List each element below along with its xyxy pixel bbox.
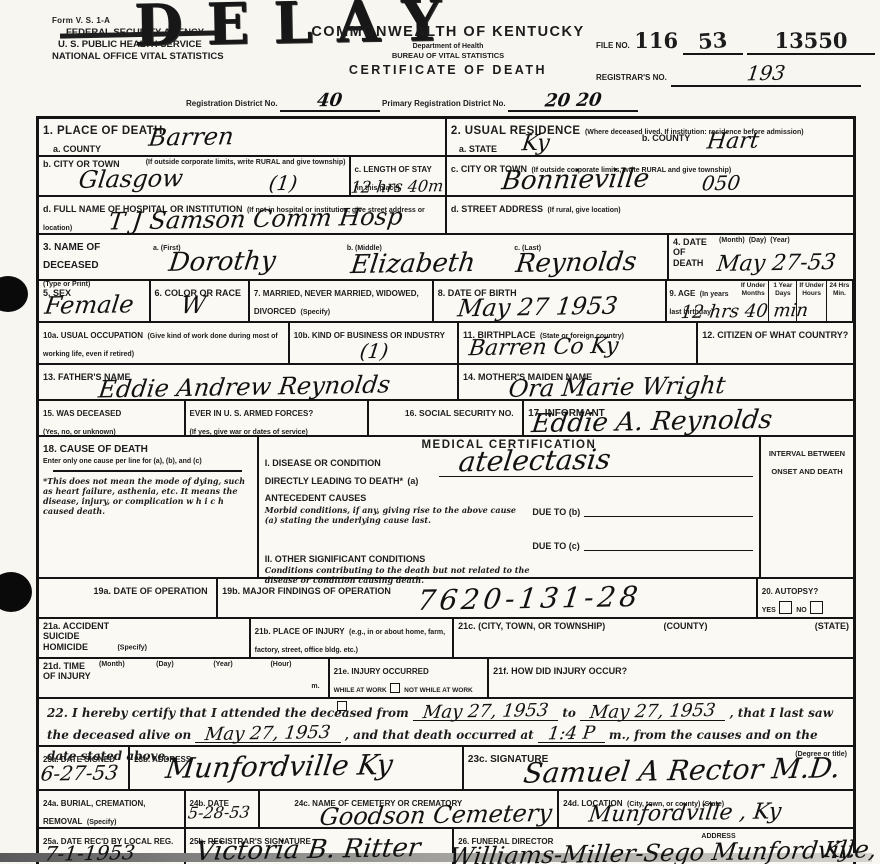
cause-title: 18. CAUSE OF DEATH [43,444,148,455]
residence-county-value: Hart [705,131,759,154]
injury-place-label: 21b. PLACE OF INJURY [255,627,345,636]
ssn-label: 16. SOCIAL SECURITY NO. [405,408,514,418]
while-at-work-label: WHILE AT WORK [334,687,387,694]
field-cemetery: 24c. NAME OF CEMETERY OR CREMATORY Goods… [260,791,559,827]
usual-residence-title: 2. USUAL RESIDENCE [451,125,581,137]
registrar-signature-value: Victoria B. Ritter [194,835,422,864]
reg-district-value: 40 [316,92,343,110]
autopsy-no-label: NO [796,607,807,614]
field-date-of-death: 4. DATE OF DEATH (Month) (Day) (Year) Ma… [669,235,853,279]
field-burial-date: 24b. DATE 5-28-53 [186,791,261,827]
race-value: W [179,293,207,317]
field-medical-certification: MEDICAL CERTIFICATION I. DISEASE OR COND… [259,437,761,577]
city-value: Glasgow [77,166,184,192]
file-number-block: FILE NO. 116 53 13550 REGISTRAR'S NO. 19… [596,30,858,87]
injury-col-hour: (Hour) [270,661,323,669]
field-street-address: d. STREET ADDRESS (If rural, give locati… [447,197,853,235]
certificate-form: 1. PLACE OF DEATH a. COUNTY Barren b. CI… [36,116,856,864]
mother-value: Ora Marie Wright [507,373,727,401]
length-of-stay-label: c. LENGTH OF STAY [354,165,431,174]
field-occupation: 10a. USUAL OCCUPATION (Give kind of work… [39,323,290,363]
registration-district-line: Registration District No. 40 Primary Reg… [186,92,638,112]
father-value: Eddie Andrew Reynolds [97,372,391,401]
field-burial: 24a. BURIAL, CREMATION, REMOVAL (Specify… [39,791,186,827]
cause-note-2: *This does not mean the mode of dying, s… [43,476,253,516]
length-of-stay-value: 12 hrs 40m [350,178,444,196]
funeral-director-overflow: Ky. [823,840,857,863]
last-name-value: Reynolds [514,249,638,277]
cause-a-value: atelectasis [457,446,612,477]
field-county-of-death: 1. PLACE OF DEATH a. COUNTY Barren [39,119,445,157]
name-middle-area: b. (Middle) Elizabeth [347,237,514,277]
primary-reg-value: 20 20 [544,92,603,111]
date-signed-value: 6-27-53 [40,762,120,783]
city-value-code: (1) [268,173,299,193]
injury-col-month: (Month) [99,661,152,669]
field-birthplace: 11. BIRTHPLACE (State or foreign country… [459,323,698,363]
hole-punch-bottom [0,572,32,612]
disease-condition-label: I. DISEASE OR CONDITION DIRECTLY LEADING… [265,453,435,489]
bureau-line: BUREAU OF VITAL STATISTICS [288,51,608,60]
field-armed-forces: EVER IN U. S. ARMED FORCES? (If yes, giv… [186,401,370,435]
file-no-hand-2: 13550 [774,28,847,53]
due-to-b-line [584,505,753,517]
hospital-value: T J Samson Comm Hosp [107,204,404,233]
accident-label: 21a. ACCIDENT SUICIDE HOMICIDE [43,621,113,652]
autopsy-yes-checkbox [779,601,792,614]
dod-value: May 27-53 [716,252,837,276]
field-certification-statement: 22. I hereby certify that I attended the… [39,699,853,745]
interval-label: INTERVAL BETWEEN ONSET AND DEATH [769,449,845,476]
death-certificate-scan: Form V. S. 1-A FEDERAL SECURITY AGENCY U… [0,0,880,864]
was-deceased-label: 15. WAS DECEASED [43,409,121,418]
dod-label: 4. DATE OF DEATH [673,237,715,268]
injury-col-day: (Day) [156,661,209,669]
name-last-area: c. (Last) Reynolds [514,237,663,277]
file-no-printed: 116 [634,28,678,53]
row-occupation: 10a. USUAL OCCUPATION (Give kind of work… [39,323,853,365]
dob-value: May 27 1953 [456,294,619,321]
accident-note: (Specify) [117,645,147,652]
residence-state-county-subrow: 2. USUAL RESIDENCE (Where deceased lived… [447,119,853,157]
field-physician-signature: 23c. SIGNATURE (Degree or title) Samuel … [464,747,853,789]
field-mother-name: 14. MOTHER'S MAIDEN NAME Ora Marie Wrigh… [459,365,853,399]
how-injury-label: 21f. HOW DID INJURY OCCUR? [493,666,627,676]
row-cause-of-death: 18. CAUSE OF DEATH Enter only one cause … [39,437,853,579]
field-burial-location: 24d. LOCATION (City, town, or county) (S… [559,791,853,827]
field-length-of-stay: c. LENGTH OF STAY (in this place) 12 hrs… [351,157,444,195]
field-sex: 5. SEX Female [39,281,151,321]
residence-city-code: 050 [701,173,742,194]
cert-alive-value: May 27, 1953 [204,724,332,744]
dod-col-year: (Year) [770,237,789,245]
field-business: 10b. KIND OF BUSINESS OR INDUSTRY (1) [290,323,459,363]
due-to-b-label: DUE TO (b) [532,507,580,517]
title-block: COMMONWEALTH OF KENTUCKY Department of H… [288,24,608,77]
disease-a-label: (a) [407,476,418,486]
field-autopsy: 20. AUTOPSY? YES NO [758,579,853,617]
department-line: Department of Health [288,43,608,50]
burial-location-value: Munfordville , Ky [588,801,783,826]
form-header: Form V. S. 1-A FEDERAL SECURITY AGENCY U… [36,0,856,116]
field-accident-suicide: 21a. ACCIDENT SUICIDE HOMICIDE (Specify) [39,619,251,657]
field-injury-occurred: 21e. INJURY OCCURRED WHILE AT WORK NOT W… [330,659,490,697]
burial-date-value: 5-28-53 [186,804,250,821]
field-time-of-injury: 21d. TIME OF INJURY (Month) (Day) (Year)… [39,659,330,697]
funeral-director-value: Williams-Miller-Sego Munfordville, [448,837,878,864]
cert-text-4: , and that death occurred at [345,728,534,742]
cert-text-2: to [562,706,576,720]
file-no-hand-1: 53 [697,29,728,52]
autopsy-yes-label: YES [762,607,776,614]
dod-col-month: (Month) [719,237,745,245]
business-value: (1) [358,341,389,361]
informant-value: Eddie A. Reynolds [530,407,774,437]
injury-col-year: (Year) [213,661,266,669]
field-interval: INTERVAL BETWEEN ONSET AND DEATH [761,437,853,577]
field-injury-location: 21c. (CITY, TOWN, OR TOWNSHIP) (COUNTY) … [454,619,853,657]
antecedent-note: Morbid conditions, if any, giving rise t… [265,505,529,525]
injury-occurred-label: 21e. INJURY OCCURRED [334,667,429,676]
county-label: a. COUNTY [53,144,101,154]
date-received-value: 7-1-1953 [44,842,137,864]
row-parents: 13. FATHER'S NAME Eddie Andrew Reynolds … [39,365,853,401]
field-father-name: 13. FATHER'S NAME Eddie Andrew Reynolds [39,365,459,399]
not-while-at-work-label: NOT WHILE AT WORK [404,687,473,694]
row-name-dod: 3. NAME OF DECEASED (Type or Print) a. (… [39,235,853,281]
row-certification: 22. I hereby certify that I attended the… [39,699,853,747]
was-deceased-note: (Yes, no, or unknown) [43,429,116,436]
occupation-label: 10a. USUAL OCCUPATION [43,331,143,340]
autopsy-no-checkbox [810,601,823,614]
birthplace-value: Barren Co Ky [467,336,619,361]
dod-col-day: (Day) [749,237,767,245]
row-place-residence: 1. PLACE OF DEATH a. COUNTY Barren b. CI… [39,119,853,235]
cert-to-value: May 27, 1953 [589,702,717,722]
field-informant: 17. INFORMANT Eddie A. Reynolds [524,401,853,435]
injury-county-label: (COUNTY) [632,621,738,631]
primary-reg-label: Primary Registration District No. [382,99,506,108]
operation-date-label: 19a. DATE OF OPERATION [93,586,207,596]
field-physician-address: 23b. ADDRESS Munfordville Ky [130,747,464,789]
field-age: 9. AGE (In years last birthday) If Under… [667,281,853,321]
field-was-deceased: 15. WAS DECEASED (Yes, no, or unknown) [39,401,186,435]
row-operation: 19a. DATE OF OPERATION 19b. MAJOR FINDIN… [39,579,853,619]
injury-state-label: (STATE) [743,621,849,631]
cert-from-value: May 27, 1953 [422,702,550,722]
field-hospital: d. FULL NAME OF HOSPITAL OR INSTITUTION … [39,197,445,235]
field-marital-status: 7. MARRIED, NEVER MARRIED, WIDOWED, DIVO… [250,281,434,321]
findings-value: 7620-131-28 [416,583,643,615]
county-value: Barren [147,124,235,149]
street-address-note: (If rural, give location) [547,207,620,214]
citizen-label: 12. CITIZEN OF WHAT COUNTRY? [702,330,848,340]
due-to-c-label: DUE TO (c) [532,541,579,551]
field-residence-city: c. CITY OR TOWN (If outside corporate li… [447,157,853,197]
field-major-findings: 19b. MAJOR FINDINGS OF OPERATION 7620-13… [218,579,758,617]
cemetery-value: Goodson Cemetery [319,801,554,829]
age-label: 9. AGE [669,289,695,298]
registrar-no-value: 193 [746,63,787,84]
state-label: a. STATE [459,144,497,154]
field-citizen: 12. CITIZEN OF WHAT COUNTRY? [698,323,853,363]
disease-a-line: atelectasis [439,453,753,477]
hole-punch-top [0,276,28,312]
burial-note: (Specify) [87,819,117,826]
physician-address-value: Munfordville Ky [164,751,394,783]
row-burial: 24a. BURIAL, CREMATION, REMOVAL (Specify… [39,791,853,829]
commonwealth-title: COMMONWEALTH OF KENTUCKY [288,24,608,40]
cause-note-1: Enter only one cause per line for (a), (… [43,458,253,466]
age-value: 12 hrs 40 min [680,302,809,322]
injury-city-label: 21c. (CITY, TOWN, OR TOWNSHIP) [458,621,628,631]
name-label-block: 3. NAME OF DECEASED (Type or Print) [43,237,153,277]
due-to-c-line [584,539,753,551]
field-city-of-death: b. CITY OR TOWN (If outside corporate li… [39,157,351,195]
armed-forces-label: EVER IN U. S. ARMED FORCES? [190,409,314,418]
field-funeral-director: 26. FUNERAL DIRECTOR ADDRESS Williams-Mi… [454,829,853,864]
street-address-label: d. STREET ADDRESS [451,204,543,214]
city-length-subrow: b. CITY OR TOWN (If outside corporate li… [39,157,445,197]
other-conditions-title: II. OTHER SIGNIFICANT CONDITIONS [265,554,753,564]
antecedent-title: ANTECEDENT CAUSES [265,493,753,503]
field-place-of-injury: 21b. PLACE OF INJURY (e.g., in or about … [251,619,455,657]
marital-note: (Specify) [301,309,331,316]
armed-forces-note: (If yes, give war or dates of service) [190,429,308,436]
cert-time-value: 1:4 P [547,724,596,743]
certificate-title: CERTIFICATE OF DEATH [288,63,608,77]
age-col-min: 24 HrsMin. [827,281,853,321]
row-accident: 21a. ACCIDENT SUICIDE HOMICIDE (Specify)… [39,619,853,659]
middle-name-value: Elizabeth [349,250,477,278]
name-first-area: a. (First) Dorothy [153,237,347,277]
sex-value: Female [43,292,135,318]
field-registrar-signature: 25b. REGISTRAR'S SIGNATURE Victoria B. R… [186,829,455,864]
residence-county-label: b. COUNTY [642,133,691,143]
registrar-no-label: REGISTRAR'S NO. [596,73,667,82]
field-date-signed: 23a. DATE SIGNED 6-27-53 [39,747,130,789]
first-name-value: Dorothy [167,248,277,276]
residence-city-value: Bonnieville [500,166,651,195]
field-cause-of-death-notes: 18. CAUSE OF DEATH Enter only one cause … [39,437,259,577]
state-value: Ky [520,133,550,155]
signature-value: Samuel A Rector M.D. [522,754,842,788]
field-date-of-operation: 19a. DATE OF OPERATION [39,579,218,617]
field-place-of-death: 1. PLACE OF DEATH a. COUNTY Barren b. CI… [39,119,447,233]
row-injury-time: 21d. TIME OF INJURY (Month) (Day) (Year)… [39,659,853,699]
injury-m-label: m. [311,683,319,691]
cause-divider [53,470,242,472]
reg-district-label: Registration District No. [186,99,278,108]
autopsy-label: 20. AUTOPSY? [762,587,818,596]
field-date-of-birth: 8. DATE OF BIRTH May 27 1953 [434,281,668,321]
field-name-of-deceased: 3. NAME OF DECEASED (Type or Print) a. (… [39,235,669,279]
place-of-death-title: 1. PLACE OF DEATH [43,125,163,137]
row-sex-age: 5. SEX Female 6. COLOR OR RACE W 7. MARR… [39,281,853,323]
name-title: 3. NAME OF DECEASED [43,242,100,271]
file-no-label: FILE NO. [596,41,630,50]
row-signature: 23a. DATE SIGNED 6-27-53 23b. ADDRESS Mu… [39,747,853,791]
cert-text-1: 22. I hereby certify that I attended the… [47,706,409,720]
field-usual-residence: 2. USUAL RESIDENCE (Where deceased lived… [447,119,853,233]
field-how-injury: 21f. HOW DID INJURY OCCUR? [489,659,853,697]
while-at-work-checkbox [390,683,400,693]
field-ssn: 16. SOCIAL SECURITY NO. [369,401,524,435]
field-color-race: 6. COLOR OR RACE W [151,281,250,321]
row-forces-informant: 15. WAS DECEASED (Yes, no, or unknown) E… [39,401,853,437]
injury-time-label: 21d. TIME OF INJURY [43,661,95,682]
marital-label: 7. MARRIED, NEVER MARRIED, WIDOWED, DIVO… [254,289,419,316]
findings-label: 19b. MAJOR FINDINGS OF OPERATION [222,586,391,596]
usual-residence-note: (Where deceased lived. If institution: r… [585,129,804,136]
